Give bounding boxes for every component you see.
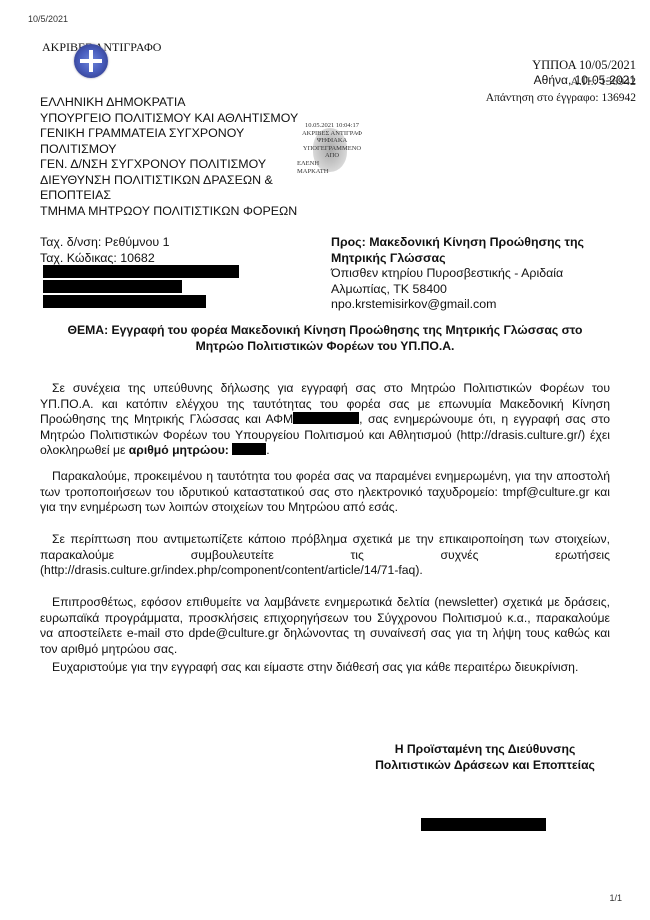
redaction-bar [43,295,206,308]
header-line: ΕΠΟΠΤΕΙΑΣ [40,188,298,204]
recipient-address-line2: Αλμωπίας, ΤΚ 58400 [331,282,584,298]
paragraph-thanks: Ευχαριστούμε για την εγγραφή σας και είμ… [40,660,610,676]
digital-signature-stamp: 10.05.2021 10:04:17 ΑΚΡΙΒΕΣ ΑΝΤΙΓΡΑΦ ΨΗΦ… [297,122,367,174]
greek-coat-of-arms-icon [74,44,108,78]
recipient-email: npo.krstemisirkov@gmail.com [331,297,584,313]
protocol-line: ΥΠΠΟΑ 10/05/2021 [486,57,636,73]
recipient-name-line2: Μητρικής Γλώσσας [331,251,584,267]
redaction-bar [293,412,359,424]
reference-block: ΥΠΠΟΑ 10/05/2021 Αθήνα, 10-05-2021 Α.Π.:… [486,57,636,109]
signature-title-line1: Η Προϊσταμένη της Διεύθυνσης [360,742,610,758]
redaction-bar [43,265,239,278]
header-line: ΠΟΛΙΤΙΣΜΟΥ [40,142,298,158]
header-line: ΓΕΝ. Δ/ΝΣΗ ΣΥΓΧΡΟΝΟΥ ΠΟΛΙΤΙΣΜΟΥ [40,157,298,173]
reply-to: Απάντηση στο έγγραφο: 136942 [486,87,636,109]
protocol-overlay: Α.Π.: 136942 [570,74,636,88]
sender-postal-code: Ταχ. Κώδικας: 10682 [40,251,170,267]
subject: ΘΕΜΑ: Εγγραφή του φορέα Μακεδονική Κίνησ… [40,323,610,354]
paragraph-faq: Σε περίπτωση που αντιμετωπίζετε κάποιο π… [40,532,610,579]
paragraph-newsletter: Επιπροσθέτως, εφόσον επιθυμείτε να λαμβά… [40,595,610,657]
paragraph-updates: Παρακαλούμε, προκειμένου η ταυτότητα του… [40,469,610,516]
sender-info: Ταχ. δ/νση: Ρεθύμνου 1 Ταχ. Κώδικας: 106… [40,235,170,266]
recipient-address-line1: Όπισθεν κτηρίου Πυροσβεστικής - Αριδαία [331,266,584,282]
header-line: ΔΙΕΥΘΥΝΣΗ ΠΟΛΙΤΙΣΤΙΚΩΝ ΔΡΑΣΕΩΝ & [40,173,298,189]
redaction-bar [421,818,546,831]
recipient-info: Προς: Μακεδονική Κίνηση Προώθησης της Μη… [331,235,584,313]
header-line: ΕΛΛΗΝΙΚΗ ΔΗΜΟΚΡΑΤΙΑ [40,95,298,111]
header-line: ΤΜΗΜΑ ΜΗΤΡΩΟΥ ΠΟΛΙΤΙΣΤΙΚΩΝ ΦΟΡΕΩΝ [40,204,298,220]
print-date: 10/5/2021 [28,14,68,24]
redaction-bar [232,443,266,455]
paragraph-registration: Σε συνέχεια της υπεύθυνης δήλωσης για εγ… [40,381,610,459]
signature-block: Η Προϊσταμένη της Διεύθυνσης Πολιτιστικώ… [360,742,610,773]
signature-title-line2: Πολιτιστικών Δράσεων και Εποπτείας [360,758,610,774]
ministry-header: ΕΛΛΗΝΙΚΗ ΔΗΜΟΚΡΑΤΙΑ ΥΠΟΥΡΓΕΙΟ ΠΟΛΙΤΙΣΜΟΥ… [40,95,298,219]
sender-address: Ταχ. δ/νση: Ρεθύμνου 1 [40,235,170,251]
page-number: 1/1 [609,893,622,903]
redaction-bar [43,280,182,293]
city-date: Αθήνα, 10-05-2021 Α.Π.: 136942 [486,73,636,87]
header-line: ΓΕΝΙΚΗ ΓΡΑΜΜΑΤΕΙΑ ΣΥΓΧΡΟΝΟΥ [40,126,298,142]
header-line: ΥΠΟΥΡΓΕΙΟ ΠΟΛΙΤΙΣΜΟΥ ΚΑΙ ΑΘΛΗΤΙΣΜΟΥ [40,111,298,127]
recipient-name-line1: Προς: Μακεδονική Κίνηση Προώθησης της [331,235,584,251]
